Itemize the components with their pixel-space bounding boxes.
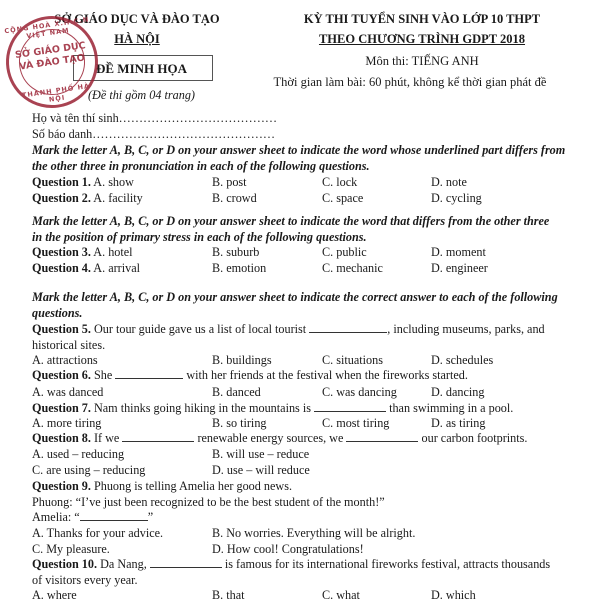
option-a: A. attractions [32,353,98,368]
option-c: C. are using – reducing [32,463,145,478]
answer-blank [314,401,386,412]
question-10-options: A. where B. that C. what D. which [32,588,591,600]
option-c: C. situations [322,353,383,368]
question-9-dialog-2: Amelia: “” [32,510,153,525]
exam-type-label: ĐỀ MINH HỌA [96,61,187,77]
candidate-id-field: Số báo danh……………………………………… [32,127,275,142]
option-a: A. used – reducing [32,447,124,462]
city-name-text: HÀ NỘI [114,32,160,46]
option-a: A. Thanks for your advice. [32,526,163,541]
question-8-stem: Question 8. If we renewable energy sourc… [32,431,527,446]
candidate-name-field: Họ và tên thí sinh………………………………… [32,111,277,126]
option-d: D. note [431,175,467,190]
option-d: D. engineer [431,261,488,276]
option-c: C. mechanic [322,261,383,276]
exam-title: KỲ THI TUYỂN SINH VÀO LỚP 10 THPT [262,12,582,27]
section-1-instruction-line2: the other three in pronunciation in each… [32,159,370,174]
question-6-stem: Question 6. She with her friends at the … [32,368,468,383]
option-c: C. lock [322,175,357,190]
section-3-instruction-line1: Mark the letter A, B, C, or D on your an… [32,290,558,305]
option-c: C. what [322,588,360,600]
option-d: D. dancing [431,385,484,400]
time-line: Thời gian làm bài: 60 phút, không kể thờ… [250,75,570,90]
option-c: C. most tiring [322,416,389,431]
option-b: B. crowd [212,191,257,206]
question-10-stem: Question 10. Da Nang, is famous for its … [32,557,550,572]
curriculum-line: THEO CHƯƠNG TRÌNH GDPT 2018 [262,32,582,47]
option-a: A. where [32,588,77,600]
question-9-options-row2: C. My pleasure. D. How cool! Congratulat… [32,542,591,558]
question-5-options: A. attractions B. buildings C. situation… [32,353,591,369]
answer-blank [346,431,418,442]
question-1: Question 1. A. show B. post C. lock D. n… [32,175,591,191]
option-d: D. use – will reduce [212,463,310,478]
option-c: C. public [322,245,367,260]
curriculum-text: THEO CHƯƠNG TRÌNH GDPT 2018 [319,32,525,46]
question-9-dialog-1: Phuong: “I’ve just been recognized to be… [32,495,385,510]
question-8-options-row1: A. used – reducing B. will use – reduce [32,447,591,463]
option-d: D. How cool! Congratulations! [212,542,364,557]
question-9-stem: Question 9. Phuong is telling Amelia her… [32,479,292,494]
question-4: Question 4. A. arrival B. emotion C. mec… [32,261,591,277]
question-6-options: A. was danced B. danced C. was dancing D… [32,385,591,401]
question-label: Question 3. A. hotel [32,245,133,260]
option-d: D. cycling [431,191,482,206]
option-d: D. which [431,588,476,600]
question-7-stem: Question 7. Nam thinks going hiking in t… [32,401,513,416]
answer-blank [115,368,183,379]
answer-blank [150,557,222,568]
option-b: B. No worries. Everything will be alrigh… [212,526,415,541]
question-label: Question 2. A. facility [32,191,143,206]
option-c: C. space [322,191,363,206]
answer-blank [309,322,387,333]
question-9-options-row1: A. Thanks for your advice. B. No worries… [32,526,591,542]
section-3-instruction-line2: questions. [32,306,82,321]
question-10-stem-cont: of visitors every year. [32,573,138,588]
option-d: D. as tiring [431,416,486,431]
option-d: D. schedules [431,353,493,368]
option-b: B. danced [212,385,261,400]
option-b: B. post [212,175,247,190]
option-a: A. more tiring [32,416,101,431]
answer-blank [122,431,194,442]
section-2-instruction-line1: Mark the letter A, B, C, or D on your an… [32,214,549,229]
answer-blank [80,510,148,521]
page-count-note: (Đề thi gồm 04 trang) [88,88,195,103]
option-b: B. buildings [212,353,272,368]
question-7-options: A. more tiring B. so tiring C. most tiri… [32,416,591,432]
option-b: B. emotion [212,261,266,276]
question-5-stem: Question 5. Our tour guide gave us a lis… [32,322,545,337]
subject-line: Môn thi: TIẾNG ANH [262,54,582,69]
option-d: D. moment [431,245,486,260]
question-2: Question 2. A. facility B. crowd C. spac… [32,191,591,207]
option-c: C. was dancing [322,385,397,400]
option-b: B. so tiring [212,416,267,431]
option-c: C. My pleasure. [32,542,110,557]
question-5-stem-cont: historical sites. [32,338,105,353]
question-label: Question 4. A. arrival [32,261,140,276]
question-3: Question 3. A. hotel B. suburb C. public… [32,245,591,261]
option-a: A. was danced [32,385,103,400]
option-b: B. suburb [212,245,259,260]
question-8-options-row2: C. are using – reducing D. use – will re… [32,463,591,479]
option-b: B. will use – reduce [212,447,309,462]
section-1-instruction-line1: Mark the letter A, B, C, or D on your an… [32,143,565,158]
option-b: B. that [212,588,245,600]
question-label: Question 1. A. show [32,175,134,190]
section-2-instruction-line2: in the position of primary stress in eac… [32,230,367,245]
